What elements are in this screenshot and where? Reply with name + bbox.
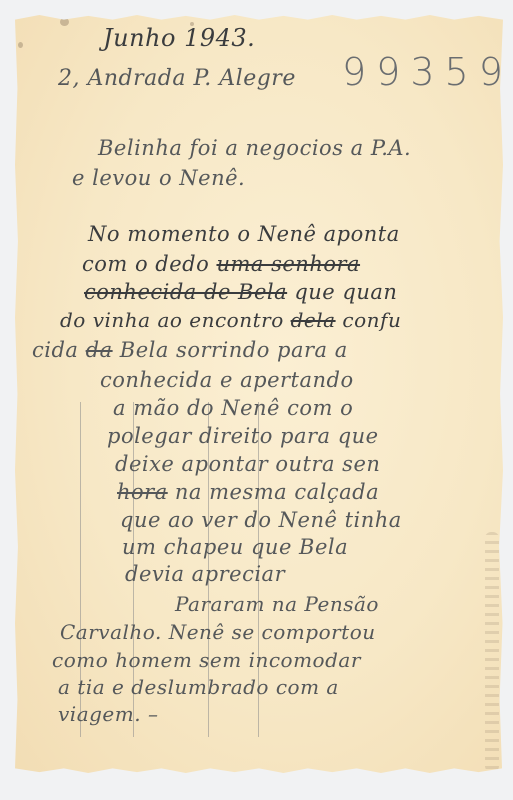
- stain-mark: [18, 42, 23, 48]
- text-line: conhecida de Bela que quan: [84, 280, 397, 304]
- edge-wear: [485, 532, 499, 772]
- text-line: e levou o Nenê.: [72, 166, 245, 190]
- text-segment: cida: [32, 338, 78, 362]
- text-line: Carvalho. Nenê se comportou: [60, 620, 376, 644]
- text-line: com o dedo uma senhora: [82, 252, 360, 276]
- text-segment: na mesma calçada: [168, 480, 379, 504]
- text-segment: que quan: [287, 280, 397, 304]
- text-line: deixe apontar outra sen: [115, 452, 380, 476]
- text-line: polegar direito para que: [107, 424, 379, 448]
- text-line: No momento o Nenê aponta: [88, 222, 400, 246]
- date-heading: Junho 1943.: [103, 24, 255, 52]
- reference-number: 99359: [342, 50, 513, 94]
- text-segment: confu: [336, 308, 402, 332]
- text-line: do vinha ao encontro dela confu: [60, 308, 401, 332]
- text-line: Belinha foi a negocios a P.A.: [98, 136, 411, 160]
- text-line: hora na mesma calçada: [117, 480, 379, 504]
- text-segment: com o dedo: [82, 252, 216, 276]
- location-line: 2, Andrada P. Alegre: [58, 66, 296, 91]
- text-line: a mão do Nenê com o: [113, 396, 353, 420]
- text-line: viagem. –: [58, 702, 158, 726]
- struck-text: conhecida de Bela: [84, 280, 287, 304]
- text-segment: do vinha ao encontro: [60, 308, 284, 332]
- text-segment: Bela sorrindo para a: [113, 338, 348, 362]
- struck-text: da: [86, 338, 113, 362]
- text-line: devia apreciar: [125, 562, 285, 586]
- struck-text: uma senhora: [216, 252, 360, 276]
- stain-mark: [60, 18, 69, 26]
- text-line: conhecida e apertando: [100, 368, 354, 392]
- struck-text: dela: [291, 308, 336, 332]
- text-line: a tia e deslumbrado com a: [58, 675, 339, 699]
- text-line: cida da Bela sorrindo para a: [32, 338, 348, 362]
- text-line: como homem sem incomodar: [52, 648, 361, 672]
- text-line: que ao ver do Nenê tinha: [120, 508, 402, 532]
- struck-text: hora: [117, 480, 168, 504]
- text-line: um chapeu que Bela: [122, 535, 348, 559]
- text-line: Pararam na Pensão: [175, 592, 379, 616]
